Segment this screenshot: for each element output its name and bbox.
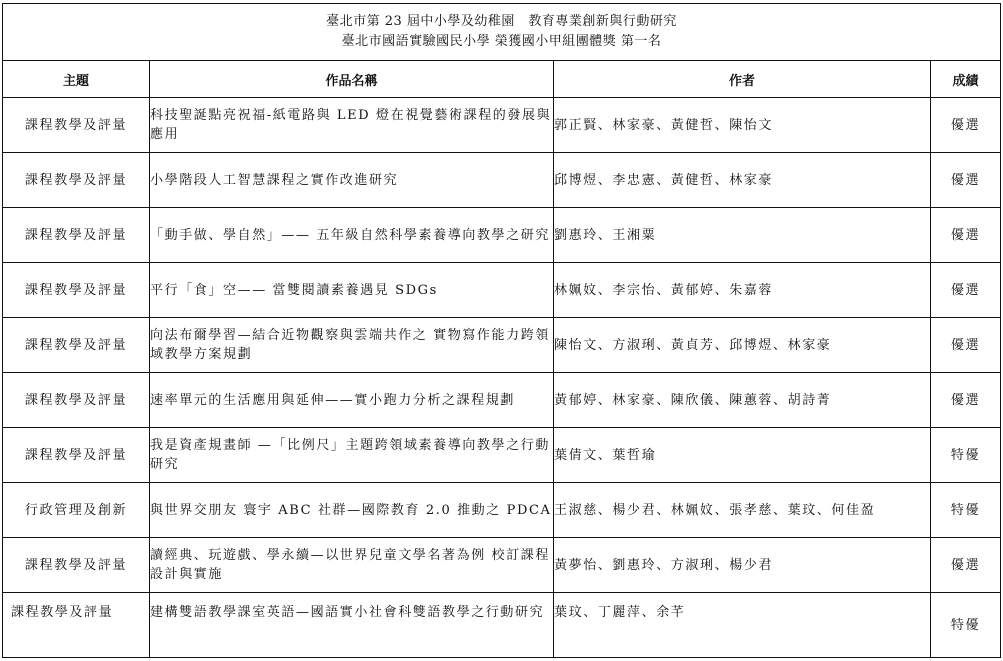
- work-cell: 向法布爾學習—結合近物觀察與雲端共作之 實物寫作能力跨領域教學方案規劃: [150, 318, 554, 373]
- work-cell: 「動手做、學自然」—— 五年級自然科學素養導向教學之研究: [150, 208, 554, 263]
- work-cell: 與世界交朋友 寰宇 ABC 社群—國際教育 2.0 推動之 PDCA: [150, 483, 554, 538]
- awards-table: 臺北市第 23 屆中小學及幼稚園 教育專業創新與行動研究 臺北市國語實驗國民小學…: [2, 3, 1001, 658]
- table-title: 臺北市第 23 屆中小學及幼稚園 教育專業創新與行動研究 臺北市國語實驗國民小學…: [3, 4, 1001, 61]
- topic-cell: 課程教學及評量: [3, 208, 150, 263]
- table-row: 課程教學及評量 我是資產規畫師 —「比例尺」主題跨領域素養導向教學之行動研究 葉…: [3, 428, 1001, 483]
- work-cell: 讀經典、玩遊戲、學永續—以世界兒童文學名著為例 校訂課程設計與實施: [150, 538, 554, 593]
- column-header-grade: 成績: [931, 61, 1001, 98]
- column-header-work: 作品名稱: [150, 61, 554, 98]
- authors-cell: 陳怡文、方淑琍、黃貞芳、邱博煜、林家豪: [554, 318, 931, 373]
- table-row: 課程教學及評量 向法布爾學習—結合近物觀察與雲端共作之 實物寫作能力跨領域教學方…: [3, 318, 1001, 373]
- table-row: 課程教學及評量 讀經典、玩遊戲、學永續—以世界兒童文學名著為例 校訂課程設計與實…: [3, 538, 1001, 593]
- authors-cell: 郭正賢、林家豪、黃健哲、陳怡文: [554, 98, 931, 153]
- title-line-2: 臺北市國語實驗國民小學 榮獲國小甲組團體獎 第一名: [3, 32, 1000, 52]
- header-row: 主題 作品名稱 作者 成績: [3, 61, 1001, 98]
- authors-cell: 黃夢怡、劉惠玲、方淑琍、楊少君: [554, 538, 931, 593]
- table-row: 課程教學及評量 速率單元的生活應用與延伸——實小跑力分析之課程規劃 黃郁婷、林家…: [3, 373, 1001, 428]
- authors-cell: 劉惠玲、王湘粟: [554, 208, 931, 263]
- topic-cell: 課程教學及評量: [3, 593, 150, 658]
- table-row: 課程教學及評量 科技聖誕點亮祝福-紙電路與 LED 燈在視覺藝術課程的發展與應用…: [3, 98, 1001, 153]
- grade-cell: 優選: [931, 373, 1001, 428]
- topic-cell: 課程教學及評量: [3, 318, 150, 373]
- title-line-1: 臺北市第 23 屆中小學及幼稚園 教育專業創新與行動研究: [3, 12, 1000, 32]
- work-cell: 平行「食」空—— 當雙閱讀素養遇見 SDGs: [150, 263, 554, 318]
- grade-cell: 優選: [931, 98, 1001, 153]
- column-header-topic: 主題: [3, 61, 150, 98]
- work-cell: 我是資產規畫師 —「比例尺」主題跨領域素養導向教學之行動研究: [150, 428, 554, 483]
- work-cell: 小學階段人工智慧課程之實作改進研究: [150, 153, 554, 208]
- grade-cell: 優選: [931, 263, 1001, 318]
- table-row: 課程教學及評量 建構雙語教學課室英語—國語實小社會科雙語教學之行動研究 葉玟、丁…: [3, 593, 1001, 658]
- grade-cell: 特優: [931, 593, 1001, 658]
- work-cell: 建構雙語教學課室英語—國語實小社會科雙語教學之行動研究: [150, 593, 554, 658]
- grade-cell: 優選: [931, 153, 1001, 208]
- authors-cell: 王淑慈、楊少君、林姵妏、張孝慈、葉玟、何佳盈: [554, 483, 931, 538]
- authors-cell: 邱博煜、李忠憲、黃健哲、林家豪: [554, 153, 931, 208]
- topic-cell: 課程教學及評量: [3, 538, 150, 593]
- grade-cell: 特優: [931, 483, 1001, 538]
- column-header-authors: 作者: [554, 61, 931, 98]
- work-cell: 速率單元的生活應用與延伸——實小跑力分析之課程規劃: [150, 373, 554, 428]
- table-row: 課程教學及評量 「動手做、學自然」—— 五年級自然科學素養導向教學之研究 劉惠玲…: [3, 208, 1001, 263]
- authors-cell: 葉倩文、葉哲瑜: [554, 428, 931, 483]
- table-row: 行政管理及創新 與世界交朋友 寰宇 ABC 社群—國際教育 2.0 推動之 PD…: [3, 483, 1001, 538]
- topic-cell: 課程教學及評量: [3, 153, 150, 208]
- grade-cell: 優選: [931, 208, 1001, 263]
- grade-cell: 優選: [931, 318, 1001, 373]
- topic-cell: 課程教學及評量: [3, 373, 150, 428]
- topic-cell: 課程教學及評量: [3, 98, 150, 153]
- topic-cell: 課程教學及評量: [3, 428, 150, 483]
- table-row: 課程教學及評量 平行「食」空—— 當雙閱讀素養遇見 SDGs 林姵妏、李宗怡、黃…: [3, 263, 1001, 318]
- work-cell: 科技聖誕點亮祝福-紙電路與 LED 燈在視覺藝術課程的發展與應用: [150, 98, 554, 153]
- authors-cell: 葉玟、丁麗萍、余芊: [554, 593, 931, 658]
- topic-cell: 課程教學及評量: [3, 263, 150, 318]
- grade-cell: 優選: [931, 538, 1001, 593]
- authors-cell: 林姵妏、李宗怡、黃郁婷、朱嘉蓉: [554, 263, 931, 318]
- table-row: 課程教學及評量 小學階段人工智慧課程之實作改進研究 邱博煜、李忠憲、黃健哲、林家…: [3, 153, 1001, 208]
- authors-cell: 黃郁婷、林家豪、陳欣儀、陳蕙蓉、胡詩菁: [554, 373, 931, 428]
- grade-cell: 特優: [931, 428, 1001, 483]
- topic-cell: 行政管理及創新: [3, 483, 150, 538]
